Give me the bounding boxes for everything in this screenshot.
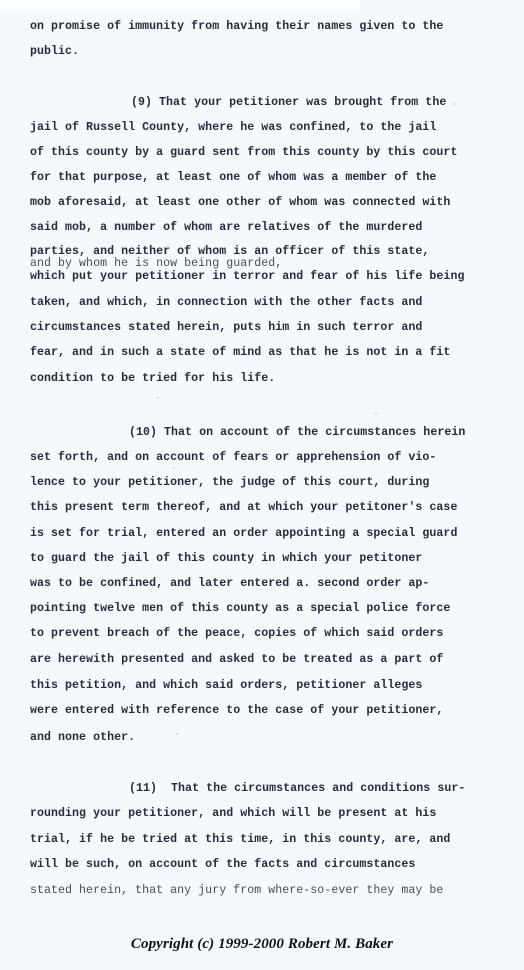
text-line: and none other. <box>30 731 135 745</box>
text-line: condition to be tried for his life. <box>30 372 275 386</box>
text-line: is set for trial, entered an order appoi… <box>30 527 457 541</box>
text-line: (9) That your petitioner was brought fro… <box>131 96 446 110</box>
text-line: this present term thereof, and at which … <box>30 501 457 515</box>
text-line: on promise of immunity from having their… <box>30 20 443 34</box>
document-page: on promise of immunity from having their… <box>0 0 524 970</box>
text-line: set forth, and on account of fears or ap… <box>30 451 436 465</box>
text-line: stated herein, that any jury from where-… <box>30 884 443 898</box>
text-line: are herewith presented and asked to be t… <box>30 653 443 667</box>
text-line-insert: and by whom he is now being guarded, <box>30 257 282 271</box>
text-line: (11) That the circumstances and conditio… <box>129 782 465 796</box>
text-line: (10) That on account of the circumstance… <box>129 426 465 440</box>
text-line: public. <box>30 45 79 59</box>
text-line: were entered with reference to the case … <box>30 704 443 718</box>
copyright-footer: Copyright (c) 1999-2000 Robert M. Baker <box>0 936 524 953</box>
text-line: rounding your petitioner, and which will… <box>30 807 436 821</box>
text-line: jail of Russell County, where he was con… <box>30 121 436 135</box>
text-line: of this county by a guard sent from this… <box>30 146 457 160</box>
text-line: this petition, and which said orders, pe… <box>30 679 422 693</box>
scan-speck <box>173 467 175 469</box>
text-line: fear, and in such a state of mind as tha… <box>30 346 450 360</box>
text-line: circumstances stated herein, puts him in… <box>30 321 422 335</box>
text-line: was to be confined, and later entered a.… <box>30 577 429 591</box>
text-line: which put your petitioner in terror and … <box>30 270 464 284</box>
scan-speck <box>176 733 178 735</box>
text-line: taken, and which, in connection with the… <box>30 296 422 310</box>
text-line: for that purpose, at least one of whom w… <box>30 171 436 185</box>
text-line: to prevent breach of the peace, copies o… <box>30 627 443 641</box>
text-line: trial, if he be tried at this time, in t… <box>30 833 450 847</box>
text-line: pointing twelve men of this county as a … <box>30 602 450 616</box>
scan-speck <box>157 397 159 399</box>
text-line: mob aforesaid, at least one other of who… <box>30 196 450 210</box>
text-line: said mob, a number of whom are relatives… <box>30 221 422 235</box>
text-line: lence to your petitioner, the judge of t… <box>30 476 429 490</box>
scan-speck <box>453 103 455 105</box>
text-line: will be such, on account of the facts an… <box>30 858 415 872</box>
scan-speck <box>375 413 377 415</box>
text-line: to guard the jail of this county in whic… <box>30 552 422 566</box>
